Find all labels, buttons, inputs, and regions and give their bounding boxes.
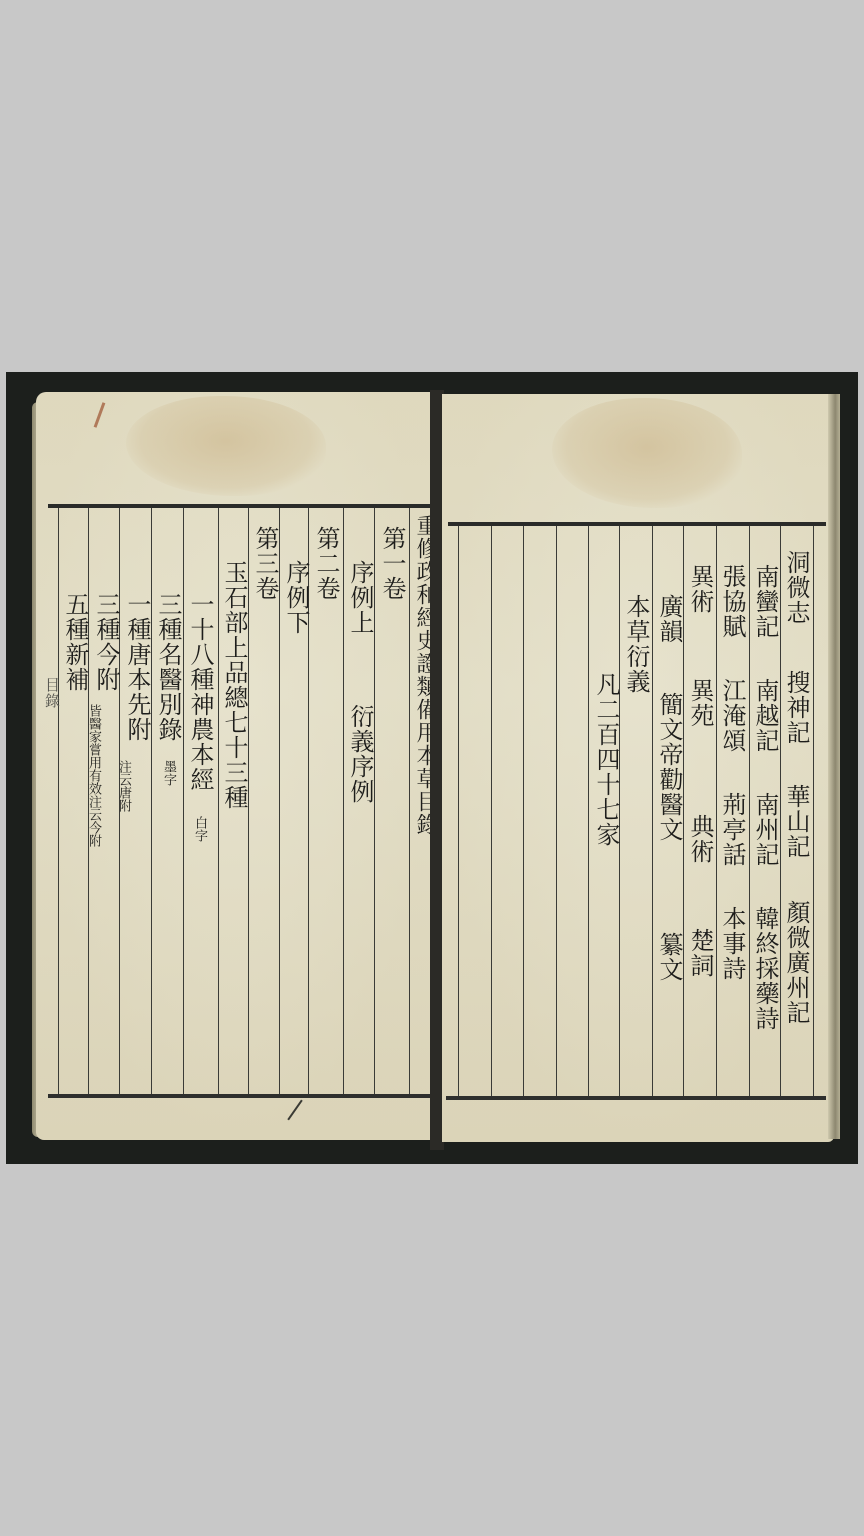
yanyi-preface: 衍義序例 bbox=[346, 704, 374, 804]
volume-3-heading: 第三卷 bbox=[251, 526, 279, 601]
source-entry: 纂文 bbox=[655, 932, 683, 982]
column-rule bbox=[523, 526, 524, 1096]
left-page: 重修政和經史證類備用本草目錄 第一卷 序例上 衍義序例 第二卷 序例下 第三卷 … bbox=[36, 392, 434, 1140]
column-rule bbox=[279, 508, 280, 1094]
column-rule bbox=[183, 508, 184, 1094]
column-rule bbox=[652, 526, 653, 1096]
source-entry: 廣韻 bbox=[655, 594, 683, 644]
right-page: 洞微志 搜神記 華山記 顏微廣州記 南蠻記 南越記 南州記 韓終採藥詩 張協賦 … bbox=[442, 394, 834, 1142]
preface-lower: 序例下 bbox=[282, 560, 310, 635]
column-rule bbox=[343, 508, 344, 1094]
column-rule bbox=[458, 526, 459, 1096]
volume-2-heading: 第二卷 bbox=[312, 526, 340, 601]
source-entry: 本事詩 bbox=[718, 906, 746, 981]
red-mark bbox=[94, 402, 106, 427]
jin-note: 皆醫家嘗用有效注云今附 bbox=[86, 704, 100, 804]
source-entry: 顏微廣州記 bbox=[782, 900, 810, 1025]
tang-entry: 一種唐本先附 bbox=[123, 592, 151, 742]
water-stain bbox=[126, 396, 326, 496]
frame-top-line bbox=[48, 504, 434, 508]
preface-upper: 序例上 bbox=[346, 560, 374, 635]
column-rule bbox=[813, 526, 814, 1096]
column-rule bbox=[491, 526, 492, 1096]
source-total: 凡二百四十七家 bbox=[592, 672, 620, 847]
column-rule bbox=[58, 508, 59, 1094]
source-entry: 華山記 bbox=[782, 784, 810, 859]
frame-top-line bbox=[448, 522, 826, 526]
column-rule bbox=[556, 526, 557, 1096]
jin-entry: 三種今附 bbox=[92, 592, 120, 692]
source-entry: 異苑 bbox=[686, 678, 714, 728]
column-rule bbox=[409, 508, 410, 1094]
column-rule bbox=[374, 508, 375, 1094]
source-entry: 本草衍義 bbox=[622, 594, 650, 694]
column-rule bbox=[151, 508, 152, 1094]
jade-stone-section: 玉石部上品總七十三種 bbox=[220, 560, 248, 810]
shennong-note: 白字 bbox=[192, 816, 206, 842]
source-entry: 搜神記 bbox=[782, 670, 810, 745]
column-rule bbox=[248, 508, 249, 1094]
mingyi-entry: 三種名醫別錄 bbox=[154, 592, 182, 742]
source-entry: 江淹頌 bbox=[718, 678, 746, 753]
source-entry: 張協賦 bbox=[718, 564, 746, 639]
margin-label: 目錄 bbox=[38, 677, 66, 709]
water-stain bbox=[552, 398, 742, 508]
shennong-entry: 一十八種神農本經 bbox=[186, 592, 214, 792]
volume-1-heading: 第一卷 bbox=[378, 526, 406, 601]
source-entry: 南州記 bbox=[751, 792, 779, 867]
frame-bottom-line bbox=[446, 1096, 826, 1100]
source-entry: 楚詞 bbox=[686, 928, 714, 978]
tang-note: 注云唐附 bbox=[116, 760, 130, 820]
frame-bottom-line bbox=[48, 1094, 434, 1098]
source-entry: 異術 bbox=[686, 564, 714, 614]
source-entry: 荊亭話 bbox=[718, 792, 746, 867]
source-entry: 韓終採藥詩 bbox=[751, 906, 779, 1031]
column-rule bbox=[588, 526, 589, 1096]
source-entry: 南越記 bbox=[751, 678, 779, 753]
column-rule bbox=[683, 526, 684, 1096]
source-entry: 典術 bbox=[686, 814, 714, 864]
mingyi-note: 墨字 bbox=[161, 760, 175, 786]
source-entry: 洞微志 bbox=[782, 550, 810, 625]
ink-scratch bbox=[287, 1100, 302, 1121]
book-scan: 重修政和經史證類備用本草目錄 第一卷 序例上 衍義序例 第二卷 序例下 第三卷 … bbox=[6, 372, 858, 1164]
right-page-edge bbox=[828, 394, 840, 1139]
source-entry: 簡文帝勸醫文 bbox=[655, 692, 683, 842]
source-entry: 南蠻記 bbox=[751, 564, 779, 639]
